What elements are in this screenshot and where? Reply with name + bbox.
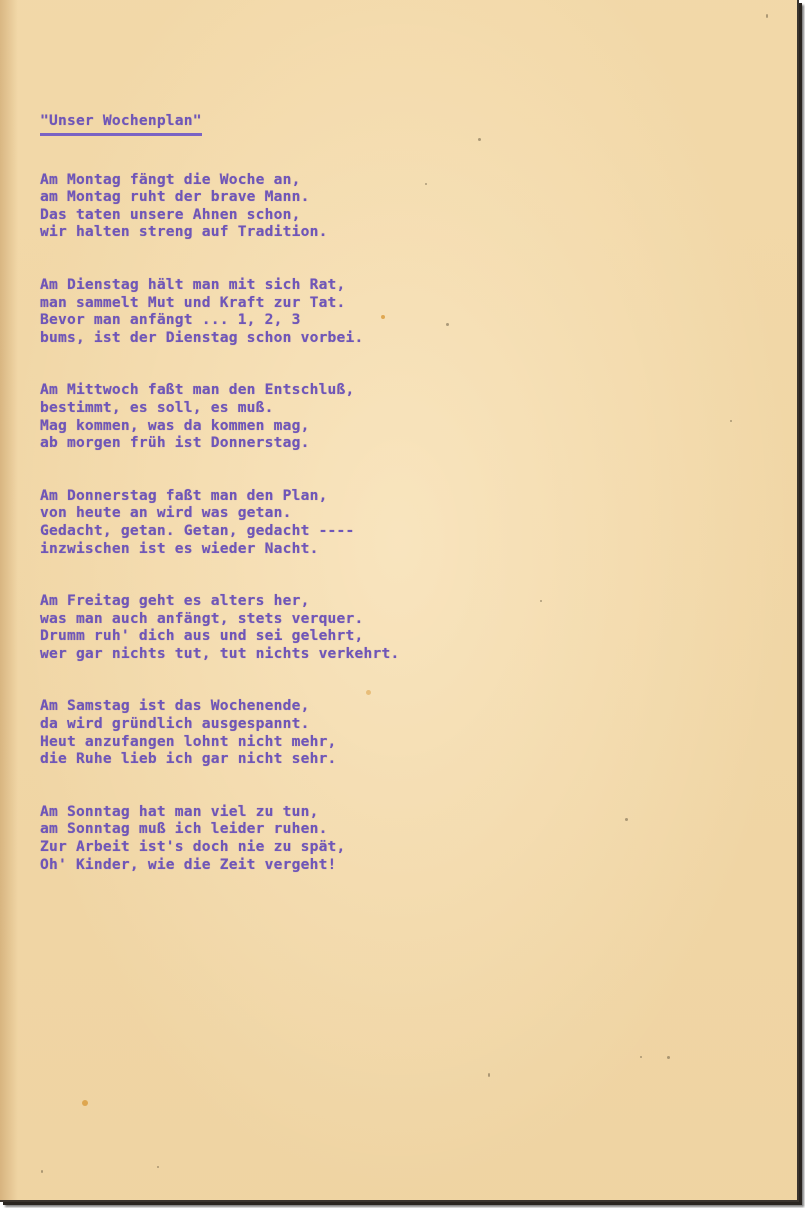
poem-line: von heute an wird was getan.: [40, 504, 399, 522]
paper-speck: [446, 323, 449, 326]
poem-line: bestimmt, es soll, es muß.: [40, 399, 399, 417]
stanza-samstag: Am Samstag ist das Wochenende,da wird gr…: [40, 697, 399, 767]
poem-line: Zur Arbeit ist's doch nie zu spät,: [40, 838, 399, 856]
stanza-sonntag: Am Sonntag hat man viel zu tun,am Sonnta…: [40, 803, 399, 873]
paper-stain: [82, 1100, 88, 1106]
stanza-montag: Am Montag fängt die Woche an,am Montag r…: [40, 171, 399, 241]
poem-title: "Unser Wochenplan": [40, 112, 202, 136]
stanza-dienstag: Am Dienstag hält man mit sich Rat,man sa…: [40, 276, 399, 346]
poem-line: Drumm ruh' dich aus und sei gelehrt,: [40, 627, 399, 645]
typewritten-page: "Unser Wochenplan" Am Montag fängt die W…: [0, 0, 799, 1202]
poem: "Unser Wochenplan" Am Montag fängt die W…: [40, 112, 399, 908]
poem-line: ab morgen früh ist Donnerstag.: [40, 434, 399, 452]
paper-speck: [478, 138, 481, 141]
paper-speck: [41, 1170, 43, 1173]
paper-speck: [730, 420, 732, 422]
paper-speck: [540, 600, 542, 602]
poem-stanzas: Am Montag fängt die Woche an,am Montag r…: [40, 171, 399, 874]
poem-line: Mag kommen, was da kommen mag,: [40, 417, 399, 435]
poem-line: Am Dienstag hält man mit sich Rat,: [40, 276, 399, 294]
stanza-freitag: Am Freitag geht es alters her,was man au…: [40, 592, 399, 662]
poem-line: bums, ist der Dienstag schon vorbei.: [40, 329, 399, 347]
poem-line: da wird gründlich ausgespannt.: [40, 715, 399, 733]
poem-line: am Sonntag muß ich leider ruhen.: [40, 820, 399, 838]
poem-line: Gedacht, getan. Getan, gedacht ----: [40, 522, 399, 540]
poem-line: wir halten streng auf Tradition.: [40, 223, 399, 241]
poem-line: Heut anzufangen lohnt nicht mehr,: [40, 733, 399, 751]
poem-line: Am Sonntag hat man viel zu tun,: [40, 803, 399, 821]
poem-line: Am Freitag geht es alters her,: [40, 592, 399, 610]
paper-speck: [425, 183, 427, 185]
paper-speck: [667, 1056, 670, 1059]
poem-line: Das taten unsere Ahnen schon,: [40, 206, 399, 224]
paper-speck: [625, 818, 628, 821]
paper-speck: [157, 1166, 159, 1168]
poem-line: am Montag ruht der brave Mann.: [40, 188, 399, 206]
poem-line: Bevor man anfängt ... 1, 2, 3: [40, 311, 399, 329]
poem-line: Am Samstag ist das Wochenende,: [40, 697, 399, 715]
poem-line: Oh' Kinder, wie die Zeit vergeht!: [40, 856, 399, 874]
poem-line: Am Donnerstag faßt man den Plan,: [40, 487, 399, 505]
poem-line: man sammelt Mut und Kraft zur Tat.: [40, 294, 399, 312]
paper-speck: [640, 1056, 642, 1058]
paper-speck: [488, 1073, 490, 1077]
paper-speck: [766, 14, 768, 18]
poem-line: inzwischen ist es wieder Nacht.: [40, 540, 399, 558]
stanza-donnerstag: Am Donnerstag faßt man den Plan,von heut…: [40, 487, 399, 557]
stanza-mittwoch: Am Mittwoch faßt man den Entschluß,besti…: [40, 381, 399, 451]
poem-line: Am Montag fängt die Woche an,: [40, 171, 399, 189]
poem-line: wer gar nichts tut, tut nichts verkehrt.: [40, 645, 399, 663]
poem-line: die Ruhe lieb ich gar nicht sehr.: [40, 750, 399, 768]
poem-line: was man auch anfängt, stets verquer.: [40, 610, 399, 628]
poem-line: Am Mittwoch faßt man den Entschluß,: [40, 381, 399, 399]
